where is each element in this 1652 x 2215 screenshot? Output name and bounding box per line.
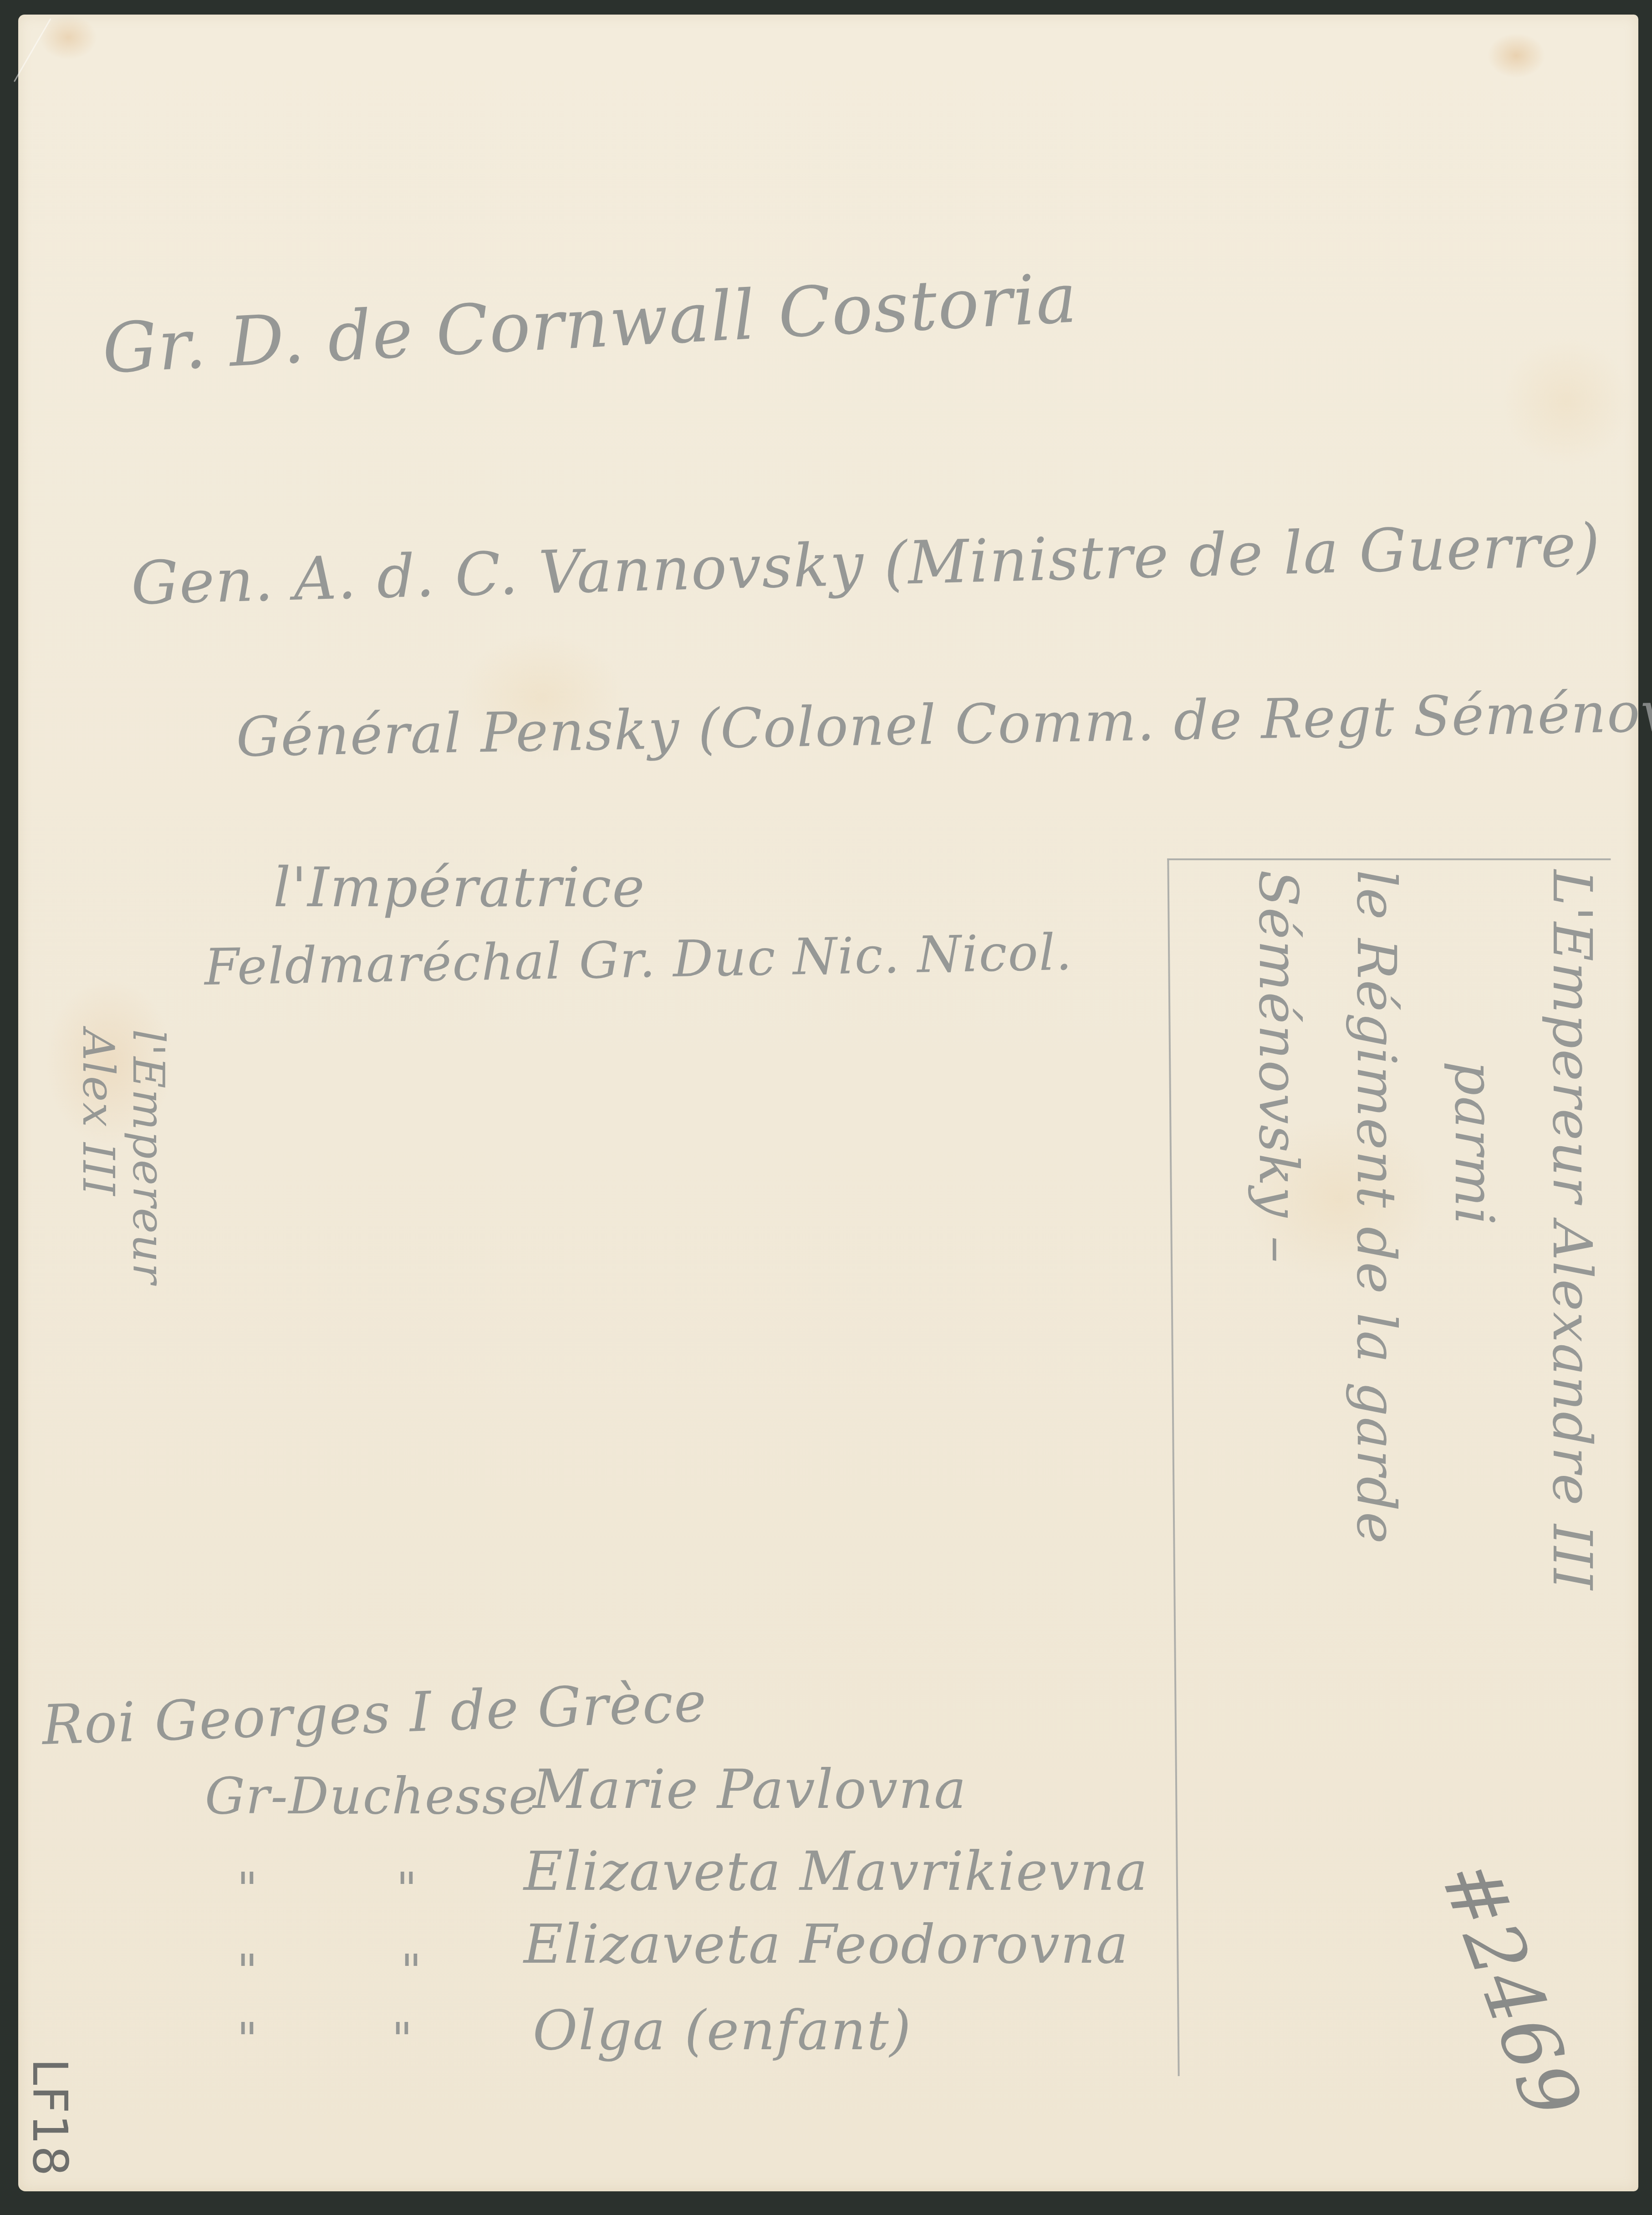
right-boxed-caption: L'Empereur Alexandre III parmi le Régime… [1229,870,1621,1735]
left-vertical-line-1: l'Empereur [123,1029,173,1348]
ditto-mark: " [396,1863,418,1916]
list-entry-3-name: Elizaveta Feodorovna [524,1913,1129,1975]
caption-line-2: parmi [1425,870,1523,1735]
ditto-mark: " [237,1863,259,1916]
list-title: Gr-Duchesse [205,1767,539,1825]
ditto-mark: " [392,2013,413,2066]
caption-line-3: le Régiment de la garde [1327,870,1425,1735]
left-vertical-line-2: Alex III [73,1029,123,1348]
list-entry-4-name: Olga (enfant) [533,1999,912,2062]
list-entry-2-name: Elizaveta Mavrikievna [524,1840,1148,1903]
caption-line-1: L'Empereur Alexandre III [1523,870,1621,1735]
annotation-line-4: l'Impératrice [273,856,645,919]
ditto-mark: " [237,2013,259,2066]
caption-line-4: Séménovsky – [1229,870,1327,1735]
left-vertical-note: l'Empereur Alex III [55,1029,173,1348]
ditto-mark: " [401,1945,423,1998]
archive-mark: LF18 [22,2058,77,2177]
list-entry-1-name: Marie Pavlovna [533,1758,967,1821]
ditto-mark: " [237,1945,259,1998]
